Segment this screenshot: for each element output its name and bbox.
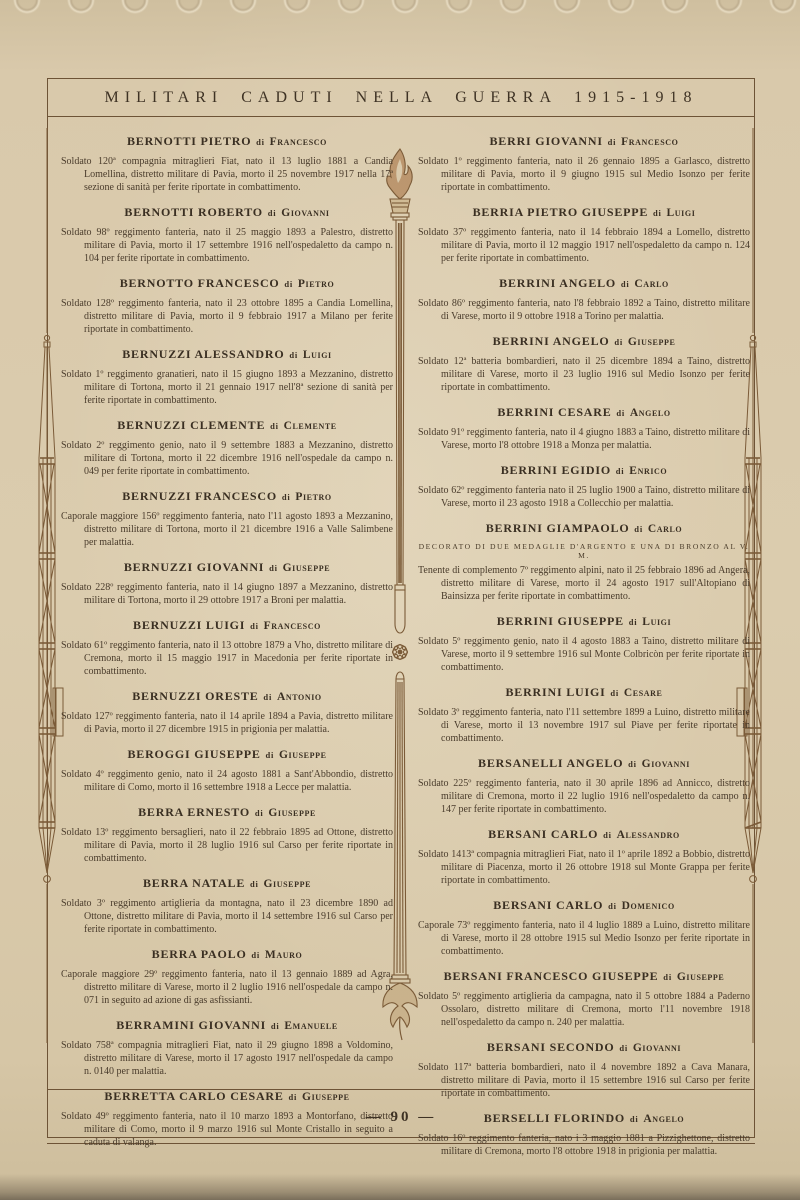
soldier-record: Soldato 37º reggimento fanteria, nato il… — [418, 226, 750, 265]
soldier-name-heading: BERRINI LUIGI di Cesare — [418, 685, 750, 700]
di-label: di — [268, 208, 277, 218]
soldier-name-heading: BERRA PAOLO di Mauro — [61, 947, 393, 962]
father-name: Giuseppe — [279, 749, 327, 761]
father-name: Giuseppe — [268, 807, 316, 819]
soldier-record: Soldato 2º reggimento genio, nato il 9 s… — [61, 439, 393, 478]
soldier-record: Soldato 228º reggimento fanteria, nato i… — [61, 581, 393, 607]
soldier-entry: BERRA NATALE di Giuseppe Soldato 3º regg… — [61, 876, 393, 936]
soldier-entry: BERRINI EGIDIO di Enrico Soldato 62º reg… — [418, 463, 750, 510]
soldier-name: BERNUZZI FRANCESCO — [122, 489, 277, 503]
soldier-name-heading: BERNUZZI GIOVANNI di Giuseppe — [61, 560, 393, 575]
soldier-name-heading: BERNUZZI ORESTE di Antonio — [61, 689, 393, 704]
soldier-record: Soldato 1º reggimento granatieri, nato i… — [61, 368, 393, 407]
father-name: Giovanni — [642, 758, 690, 770]
soldier-entry: BERRI GIOVANNI di Francesco Soldato 1º r… — [418, 134, 750, 194]
soldier-name: BERSANI SECONDO — [487, 1040, 615, 1054]
di-label: di — [282, 492, 291, 502]
soldier-name-heading: BERRA NATALE di Giuseppe — [61, 876, 393, 891]
soldier-record: Caporale maggiore 156º reggimento fanter… — [61, 510, 393, 549]
soldier-record: Soldato 3º reggimento fanteria, nato l'1… — [418, 706, 750, 745]
father-name: Domenico — [622, 900, 675, 912]
soldier-entry: BERNUZZI GIOVANNI di Giuseppe Soldato 22… — [61, 560, 393, 607]
father-name: Antonio — [277, 691, 322, 703]
soldier-name: BERNUZZI ALESSANDRO — [122, 347, 284, 361]
di-label: di — [628, 759, 637, 769]
father-name: Giovanni — [633, 1042, 681, 1054]
soldier-name-heading: BERSANI CARLO di Domenico — [418, 898, 750, 913]
soldier-name-heading: BERRINI ANGELO di Giuseppe — [418, 334, 750, 349]
soldier-record: Soldato 128º reggimento fanteria, nato i… — [61, 297, 393, 336]
di-label: di — [250, 621, 259, 631]
di-label: di — [610, 688, 619, 698]
header-rule — [47, 116, 755, 117]
di-label: di — [269, 563, 278, 573]
di-label: di — [608, 901, 617, 911]
father-name: Luigi — [303, 349, 332, 361]
column-right: BERRI GIOVANNI di Francesco Soldato 1º r… — [418, 126, 750, 1158]
soldier-name: BERRINI EGIDIO — [501, 463, 611, 477]
soldier-name-heading: BERRINI GIUSEPPE di Luigi — [418, 614, 750, 629]
soldier-entry: BERNOTTO FRANCESCO di Pietro Soldato 128… — [61, 276, 393, 336]
soldier-record: Soldato 61º reggimento fanteria, nato il… — [61, 639, 393, 678]
soldier-entry: BERNUZZI ORESTE di Antonio Soldato 127º … — [61, 689, 393, 736]
di-label: di — [271, 1021, 280, 1031]
soldier-record: Soldato 62º reggimento fanteria nato il … — [418, 484, 750, 510]
soldier-entry: BERRINI CESARE di Angelo Soldato 91º reg… — [418, 405, 750, 452]
soldier-name: BERNUZZI CLEMENTE — [117, 418, 265, 432]
embossed-circles-decoration — [0, 0, 800, 20]
soldier-record: Soldato 98º reggimento fanteria, nato il… — [61, 226, 393, 265]
decoration-line: DECORATO DI DUE MEDAGLIE D'ARGENTO E UNA… — [418, 542, 750, 560]
soldier-name: BERRINI LUIGI — [505, 685, 605, 699]
soldier-name-heading: BERSANI FRANCESCO GIUSEPPE di Giuseppe — [418, 969, 750, 984]
soldier-entry: BEROGGI GIUSEPPE di Giuseppe Soldato 4º … — [61, 747, 393, 794]
father-name: Carlo — [648, 523, 682, 535]
father-name: Clemente — [284, 420, 337, 432]
di-label: di — [608, 137, 617, 147]
soldier-entry: BERRINI ANGELO di Carlo Soldato 86º regg… — [418, 276, 750, 323]
di-label: di — [619, 1043, 628, 1053]
soldier-entry: BERRAMINI GIOVANNI di Emanuele Soldato 7… — [61, 1018, 393, 1078]
di-label: di — [616, 408, 625, 418]
soldier-name: BERSANI FRANCESCO GIUSEPPE — [444, 969, 659, 983]
soldier-name-heading: BERRA ERNESTO di Giuseppe — [61, 805, 393, 820]
father-name: Carlo — [634, 278, 668, 290]
soldier-name: BERRINI ANGELO — [499, 276, 616, 290]
soldier-record: Caporale 73º reggimento fanteria, nato i… — [418, 919, 750, 958]
di-label: di — [270, 421, 279, 431]
soldier-record: Soldato 86º reggimento fanteria, nato l'… — [418, 297, 750, 323]
soldier-record: Soldato 1º reggimento fanteria, nato il … — [418, 155, 750, 194]
father-name: Cesare — [624, 687, 663, 699]
page-footer: — 90 — — [47, 1097, 755, 1137]
page-title: MILITARI CADUTI NELLA GUERRA 1915-1918 — [105, 89, 698, 107]
soldier-record: Soldato 758ª compagnia mitraglieri Fiat,… — [61, 1039, 393, 1078]
father-name: Pietro — [298, 278, 334, 290]
soldier-record: Soldato 127º reggimento fanteria, nato i… — [61, 710, 393, 736]
di-label: di — [263, 692, 272, 702]
di-label: di — [255, 808, 264, 818]
father-name: Giuseppe — [677, 971, 725, 983]
soldier-record: Soldato 120ª compagnia mitraglieri Fiat,… — [61, 155, 393, 194]
father-name: Alessandro — [617, 829, 680, 841]
soldier-record: Soldato 91º reggimento fanteria, nato il… — [418, 426, 750, 452]
soldier-name: BEROGGI GIUSEPPE — [127, 747, 260, 761]
soldier-name: BERRINI GIAMPAOLO — [486, 521, 630, 535]
soldier-record: Soldato 117ª batteria bombardieri, nato … — [418, 1061, 750, 1100]
soldier-record: Soldato 12ª batteria bombardieri, nato i… — [418, 355, 750, 394]
soldier-name-heading: BERSANI SECONDO di Giovanni — [418, 1040, 750, 1055]
di-label: di — [616, 466, 625, 476]
soldier-entry: BERNUZZI ALESSANDRO di Luigi Soldato 1º … — [61, 347, 393, 407]
book-page-photo: MILITARI CADUTI NELLA GUERRA 1915-1918 — [0, 0, 800, 1200]
soldier-record: Soldato 13º reggimento bersaglieri, nato… — [61, 826, 393, 865]
soldier-entry: BERSANI CARLO di Alessandro Soldato 1413… — [418, 827, 750, 887]
soldier-name: BERSANI CARLO — [493, 898, 603, 912]
soldier-record: Soldato 3º reggimento artiglieria da mon… — [61, 897, 393, 936]
soldier-name-heading: BERRINI GIAMPAOLO di Carlo — [418, 521, 750, 536]
soldier-entry: BERRA PAOLO di Mauro Caporale maggiore 2… — [61, 947, 393, 1007]
soldier-name: BERSANI CARLO — [488, 827, 598, 841]
father-name: Angelo — [630, 407, 671, 419]
soldier-name-heading: BERNUZZI LUIGI di Francesco — [61, 618, 393, 633]
di-label: di — [265, 750, 274, 760]
page-number: — 90 — — [366, 1109, 437, 1126]
father-name: Francesco — [621, 136, 678, 148]
di-label: di — [614, 337, 623, 347]
father-name: Luigi — [642, 616, 671, 628]
soldier-record: Soldato 5º reggimento artiglieria da cam… — [418, 990, 750, 1029]
soldier-entry: BERRINI GIUSEPPE di Luigi Soldato 5º reg… — [418, 614, 750, 674]
father-name: Giuseppe — [283, 562, 331, 574]
photo-edge-shadow — [0, 1174, 800, 1200]
di-label: di — [663, 972, 672, 982]
soldier-name: BERNUZZI LUIGI — [133, 618, 245, 632]
father-name: Francesco — [264, 620, 321, 632]
soldier-name-heading: BERNOTTO FRANCESCO di Pietro — [61, 276, 393, 291]
soldier-name-heading: BERRINI EGIDIO di Enrico — [418, 463, 750, 478]
soldier-name-heading: BEROGGI GIUSEPPE di Giuseppe — [61, 747, 393, 762]
soldier-entry: BERRINI GIAMPAOLO di Carlo DECORATO DI D… — [418, 521, 750, 603]
soldier-entry: BERRINI LUIGI di Cesare Soldato 3º reggi… — [418, 685, 750, 745]
soldier-name-heading: BERRINI ANGELO di Carlo — [418, 276, 750, 291]
father-name: Enrico — [629, 465, 667, 477]
di-label: di — [251, 950, 260, 960]
di-label: di — [653, 208, 662, 218]
di-label: di — [621, 279, 630, 289]
soldier-name: BERRA NATALE — [143, 876, 245, 890]
father-name: Francesco — [270, 136, 327, 148]
soldier-entry: BERSANI CARLO di Domenico Caporale 73º r… — [418, 898, 750, 958]
soldier-entry: BERNUZZI LUIGI di Francesco Soldato 61º … — [61, 618, 393, 678]
soldier-name-heading: BERRI GIOVANNI di Francesco — [418, 134, 750, 149]
father-name: Giuseppe — [628, 336, 676, 348]
soldier-name: BERNUZZI GIOVANNI — [124, 560, 264, 574]
father-name: Giovanni — [281, 207, 329, 219]
soldier-name: BERRA ERNESTO — [138, 805, 250, 819]
di-label: di — [289, 350, 298, 360]
soldier-entry: BERRA ERNESTO di Giuseppe Soldato 13º re… — [61, 805, 393, 865]
column-left: BERNOTTI PIETRO di Francesco Soldato 120… — [61, 126, 393, 1149]
soldier-record: Soldato 5º reggimento genio, nato il 4 a… — [418, 635, 750, 674]
soldier-name: BERNOTTO FRANCESCO — [120, 276, 280, 290]
father-name: Emanuele — [284, 1020, 337, 1032]
father-name: Mauro — [265, 949, 302, 961]
soldier-entry: BERNOTTI ROBERTO di Giovanni Soldato 98º… — [61, 205, 393, 265]
soldier-name: BERRINI CESARE — [497, 405, 611, 419]
soldier-name-heading: BERNOTTI ROBERTO di Giovanni — [61, 205, 393, 220]
soldier-entry: BERNUZZI CLEMENTE di Clemente Soldato 2º… — [61, 418, 393, 478]
soldier-name-heading: BERSANI CARLO di Alessandro — [418, 827, 750, 842]
soldier-record: Soldato 225º reggimento fanteria, nato i… — [418, 777, 750, 816]
di-label: di — [634, 524, 643, 534]
soldier-name: BERRIA PIETRO GIUSEPPE — [473, 205, 649, 219]
soldier-name: BERRI GIOVANNI — [490, 134, 603, 148]
soldier-entry: BERRIA PIETRO GIUSEPPE di Luigi Soldato … — [418, 205, 750, 265]
soldier-name: BERRAMINI GIOVANNI — [116, 1018, 266, 1032]
soldier-record: Soldato 1413ª compagnia mitraglieri Fiat… — [418, 848, 750, 887]
di-label: di — [250, 879, 259, 889]
soldier-name-heading: BERRINI CESARE di Angelo — [418, 405, 750, 420]
soldier-name-heading: BERSANELLI ANGELO di Giovanni — [418, 756, 750, 771]
soldier-name: BERRA PAOLO — [152, 947, 247, 961]
di-label: di — [256, 137, 265, 147]
father-name: Giuseppe — [263, 878, 311, 890]
soldier-record: Soldato 4º reggimento genio, nato il 24 … — [61, 768, 393, 794]
soldier-name: BERSANELLI ANGELO — [478, 756, 623, 770]
father-name: Luigi — [667, 207, 696, 219]
soldier-name-heading: BERRIA PIETRO GIUSEPPE di Luigi — [418, 205, 750, 220]
di-label: di — [284, 279, 293, 289]
soldier-name-heading: BERNUZZI CLEMENTE di Clemente — [61, 418, 393, 433]
soldier-entry: BERSANI FRANCESCO GIUSEPPE di Giuseppe S… — [418, 969, 750, 1029]
soldier-record: Caporale maggiore 29º reggimento fanteri… — [61, 968, 393, 1007]
di-label: di — [629, 617, 638, 627]
soldier-entry: BERSANELLI ANGELO di Giovanni Soldato 22… — [418, 756, 750, 816]
soldier-name-heading: BERNUZZI ALESSANDRO di Luigi — [61, 347, 393, 362]
soldier-entry: BERSANI SECONDO di Giovanni Soldato 117ª… — [418, 1040, 750, 1100]
soldier-name: BERRINI GIUSEPPE — [497, 614, 624, 628]
page-header: MILITARI CADUTI NELLA GUERRA 1915-1918 — [47, 80, 755, 116]
soldier-name-heading: BERNUZZI FRANCESCO di Pietro — [61, 489, 393, 504]
soldier-name: BERNOTTI ROBERTO — [124, 205, 263, 219]
di-label: di — [603, 830, 612, 840]
soldier-name: BERNUZZI ORESTE — [132, 689, 258, 703]
soldier-record: Tenente di complemento 7º reggimento alp… — [418, 564, 750, 603]
soldier-name: BERRINI ANGELO — [493, 334, 610, 348]
soldier-entry: BERRINI ANGELO di Giuseppe Soldato 12ª b… — [418, 334, 750, 394]
soldier-name-heading: BERNOTTI PIETRO di Francesco — [61, 134, 393, 149]
father-name: Pietro — [295, 491, 331, 503]
soldier-name: BERNOTTI PIETRO — [127, 134, 251, 148]
soldier-entry: BERNOTTI PIETRO di Francesco Soldato 120… — [61, 134, 393, 194]
soldier-entry: BERNUZZI FRANCESCO di Pietro Caporale ma… — [61, 489, 393, 549]
soldier-name-heading: BERRAMINI GIOVANNI di Emanuele — [61, 1018, 393, 1033]
